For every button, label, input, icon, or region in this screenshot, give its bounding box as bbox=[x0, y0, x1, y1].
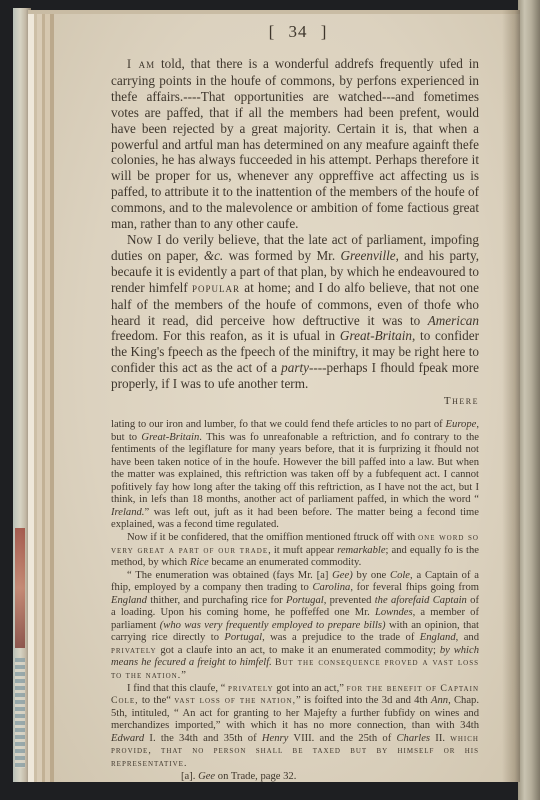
page-number: [ 34 ] bbox=[111, 22, 479, 42]
note-paragraph-2: Now if it be confidered, that the omiffi… bbox=[111, 532, 479, 570]
paragraph-1: I am told, that there is a wonderful add… bbox=[111, 56, 479, 232]
text-column: [ 34 ] I am told, that there is a wonder… bbox=[111, 22, 479, 784]
marbled-edge-lower bbox=[15, 658, 25, 768]
footnote-reference: [a]. Gee on Trade, page 32. bbox=[111, 771, 479, 784]
paragraph-2: Now I do verily believe, that the late a… bbox=[111, 232, 479, 392]
footnote-text: lating to our iron and lumber, fo that w… bbox=[111, 419, 479, 784]
main-text: I am told, that there is a wonderful add… bbox=[111, 56, 479, 409]
drop-lead: I am bbox=[127, 57, 155, 71]
note-paragraph-1: lating to our iron and lumber, fo that w… bbox=[111, 419, 479, 532]
marbled-edge bbox=[15, 528, 25, 648]
page-top-edge bbox=[28, 10, 520, 14]
note-paragraph-4: I find that this claufe, “ privately got… bbox=[111, 683, 479, 771]
note-paragraph-3: “ The enumeration was obtained (fays Mr.… bbox=[111, 570, 479, 683]
page-gutter bbox=[502, 10, 520, 782]
page-edges bbox=[28, 10, 54, 782]
catchword: There bbox=[111, 394, 479, 409]
book-binding-right bbox=[518, 0, 540, 800]
